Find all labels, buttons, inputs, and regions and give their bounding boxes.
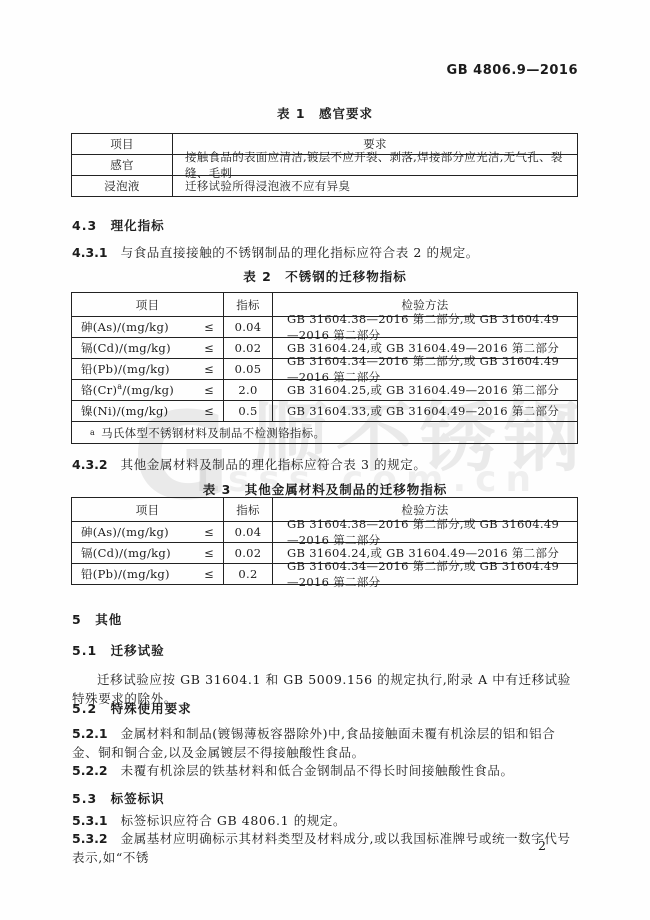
clause-5-3-1-number: 5.3.1 <box>72 813 108 828</box>
section-5-heading: 5 其他 <box>72 610 122 628</box>
table2-footnote-text: 马氏体型不锈钢材料及制品不检测铬指标。 <box>101 425 325 441</box>
clause-5-2-1-number: 5.2.1 <box>72 726 108 741</box>
table-row: 镍(Ni)/(mg/kg)≤ 0.5 GB 31604.33,或 GB 3160… <box>72 400 577 421</box>
table1-row2-requirement: 迁移试验所得浸泡液不应有异臭 <box>172 176 577 196</box>
table2-row3-limit: 0.05 <box>223 359 272 379</box>
table3-row1-limit: 0.04 <box>223 522 272 542</box>
table-row: 铅(Pb)/(mg/kg)≤ 0.2 GB 31604.34—2016 第二部分… <box>72 563 577 584</box>
clause-4-3-1: 4.3.1与食品直接接触的不锈钢制品的理化指标应符合表 2 的规定。 <box>72 243 578 262</box>
table3-header-limit: 指标 <box>223 498 272 521</box>
table3-row1-method: GB 31604.38—2016 第二部分,或 GB 31604.49—2016… <box>272 522 577 542</box>
less-equal-symbol: ≤ <box>204 320 214 334</box>
table3-row2-item: 镉(Cd)/(mg/kg) <box>81 545 171 561</box>
less-equal-symbol: ≤ <box>204 362 214 376</box>
table-row: 铬(Cr)a/(mg/kg)≤ 2.0 GB 31604.25,或 GB 316… <box>72 379 577 400</box>
table-row: 浸泡液 迁移试验所得浸泡液不应有异臭 <box>72 175 577 196</box>
clause-5-2-1-text: 金属材料和制品(镀锡薄板容器除外)中,食品接触面未覆有机涂层的铝和铝合金、铜和铜… <box>72 726 555 760</box>
table2-footnote: a马氏体型不锈钢材料及制品不检测铬指标。 <box>72 421 577 443</box>
less-equal-symbol: ≤ <box>204 567 214 581</box>
table2-row1-limit: 0.04 <box>223 317 272 337</box>
clause-4-3-2-number: 4.3.2 <box>72 457 108 472</box>
section-5-1-heading: 5.1 迁移试验 <box>72 641 165 659</box>
table2-header-limit: 指标 <box>223 293 272 316</box>
section-4-3-heading: 4.3 理化指标 <box>72 216 165 234</box>
table-row: 砷(As)/(mg/kg)≤ 0.04 GB 31604.38—2016 第二部… <box>72 316 577 337</box>
table1-header-item: 项目 <box>72 134 172 154</box>
table2-row5-limit: 0.5 <box>223 401 272 421</box>
clause-4-3-1-number: 4.3.1 <box>72 245 108 260</box>
clause-5-3-2-number: 5.3.2 <box>72 831 108 846</box>
table3-row3-item: 铅(Pb)/(mg/kg) <box>81 566 170 582</box>
table2-row2-item: 镉(Cd)/(mg/kg) <box>81 340 171 356</box>
section-5-3-heading: 5.3 标签标识 <box>72 789 165 807</box>
table2-row4-limit: 2.0 <box>223 380 272 400</box>
clause-4-3-2: 4.3.2其他金属材料及制品的理化指标应符合表 3 的规定。 <box>72 455 578 474</box>
table3-header-item: 项目 <box>72 498 223 521</box>
table3-other-metal-migration-limits: 项目 指标 检验方法 砷(As)/(mg/kg)≤ 0.04 GB 31604.… <box>71 497 578 585</box>
table2-row5-item: 镍(Ni)/(mg/kg) <box>81 403 168 419</box>
less-equal-symbol: ≤ <box>204 383 214 397</box>
table2-row5-method: GB 31604.33,或 GB 31604.49—2016 第二部分 <box>272 401 577 421</box>
table-row: 感官 接触食品的表面应清洁,镀层不应开裂、剥落,焊接部分应光洁,无气孔、裂缝、毛… <box>72 154 577 175</box>
table2-row1-item: 砷(As)/(mg/kg) <box>81 319 169 335</box>
less-equal-symbol: ≤ <box>204 404 214 418</box>
table1-row1-item: 感官 <box>72 155 172 175</box>
clause-5-3-2-text: 金属基材应明确标示其材料类型及材料成分,或以我国标准牌号或统一数字代号表示,如“… <box>72 831 571 865</box>
table1-row2-item: 浸泡液 <box>72 176 172 196</box>
table2-row1-method: GB 31604.38—2016 第二部分,或 GB 31604.49—2016… <box>272 317 577 337</box>
table-row: 铅(Pb)/(mg/kg)≤ 0.05 GB 31604.34—2016 第二部… <box>72 358 577 379</box>
table-row: 砷(As)/(mg/kg)≤ 0.04 GB 31604.38—2016 第二部… <box>72 521 577 542</box>
document-page: GB 4806.9—2016 表 1 感官要求 项目 要求 感官 接触食品的表面… <box>0 0 650 920</box>
table3-title: 表 3 其他金属材料及制品的迁移物指标 <box>72 480 578 498</box>
table1-row1-requirement: 接触食品的表面应清洁,镀层不应开裂、剥落,焊接部分应光洁,无气孔、裂缝、毛刺 <box>172 155 577 175</box>
table1-sensory-requirements: 项目 要求 感官 接触食品的表面应清洁,镀层不应开裂、剥落,焊接部分应光洁,无气… <box>71 133 578 197</box>
table2-header-item: 项目 <box>72 293 223 316</box>
table3-row3-method: GB 31604.34—2016 第二部分,或 GB 31604.49—2016… <box>272 564 577 584</box>
table3-row2-limit: 0.02 <box>223 543 272 563</box>
table2-stainless-steel-migration-limits: 项目 指标 检验方法 砷(As)/(mg/kg)≤ 0.04 GB 31604.… <box>71 292 578 444</box>
table3-row1-item: 砷(As)/(mg/kg) <box>81 524 169 540</box>
clause-4-3-1-text: 与食品直接接触的不锈钢制品的理化指标应符合表 2 的规定。 <box>121 245 479 260</box>
table3-row3-limit: 0.2 <box>223 564 272 584</box>
less-equal-symbol: ≤ <box>204 525 214 539</box>
document-number-header: GB 4806.9—2016 <box>447 63 578 78</box>
table1-title: 表 1 感官要求 <box>72 104 578 122</box>
section-5-2-heading: 5.2 特殊使用要求 <box>72 699 192 717</box>
clause-4-3-2-text: 其他金属材料及制品的理化指标应符合表 3 的规定。 <box>121 457 427 472</box>
less-equal-symbol: ≤ <box>204 546 214 560</box>
table2-row4-item: 铬(Cr)a/(mg/kg) <box>81 382 174 398</box>
table2-row4-method: GB 31604.25,或 GB 31604.49—2016 第二部分 <box>272 380 577 400</box>
clause-5-2-2: 5.2.2未覆有机涂层的铁基材料和低合金钢制品不得长时间接触酸性食品。 <box>72 761 578 780</box>
table2-row3-method: GB 31604.34—2016 第二部分,或 GB 31604.49—2016… <box>272 359 577 379</box>
clause-5-3-1: 5.3.1标签标识应符合 GB 4806.1 的规定。 <box>72 811 578 830</box>
clause-5-2-2-text: 未覆有机涂层的铁基材料和低合金钢制品不得长时间接触酸性食品。 <box>121 763 514 778</box>
clause-5-2-2-number: 5.2.2 <box>72 763 108 778</box>
table2-row3-item: 铅(Pb)/(mg/kg) <box>81 361 170 377</box>
table2-title: 表 2 不锈钢的迁移物指标 <box>72 267 578 285</box>
table2-row2-limit: 0.02 <box>223 338 272 358</box>
page-number: 2 <box>538 838 546 853</box>
clause-5-3-2: 5.3.2金属基材应明确标示其材料类型及材料成分,或以我国标准牌号或统一数字代号… <box>72 829 578 867</box>
clause-5-2-1: 5.2.1金属材料和制品(镀锡薄板容器除外)中,食品接触面未覆有机涂层的铝和铝合… <box>72 724 578 762</box>
clause-5-3-1-text: 标签标识应符合 GB 4806.1 的规定。 <box>121 813 347 828</box>
less-equal-symbol: ≤ <box>204 341 214 355</box>
